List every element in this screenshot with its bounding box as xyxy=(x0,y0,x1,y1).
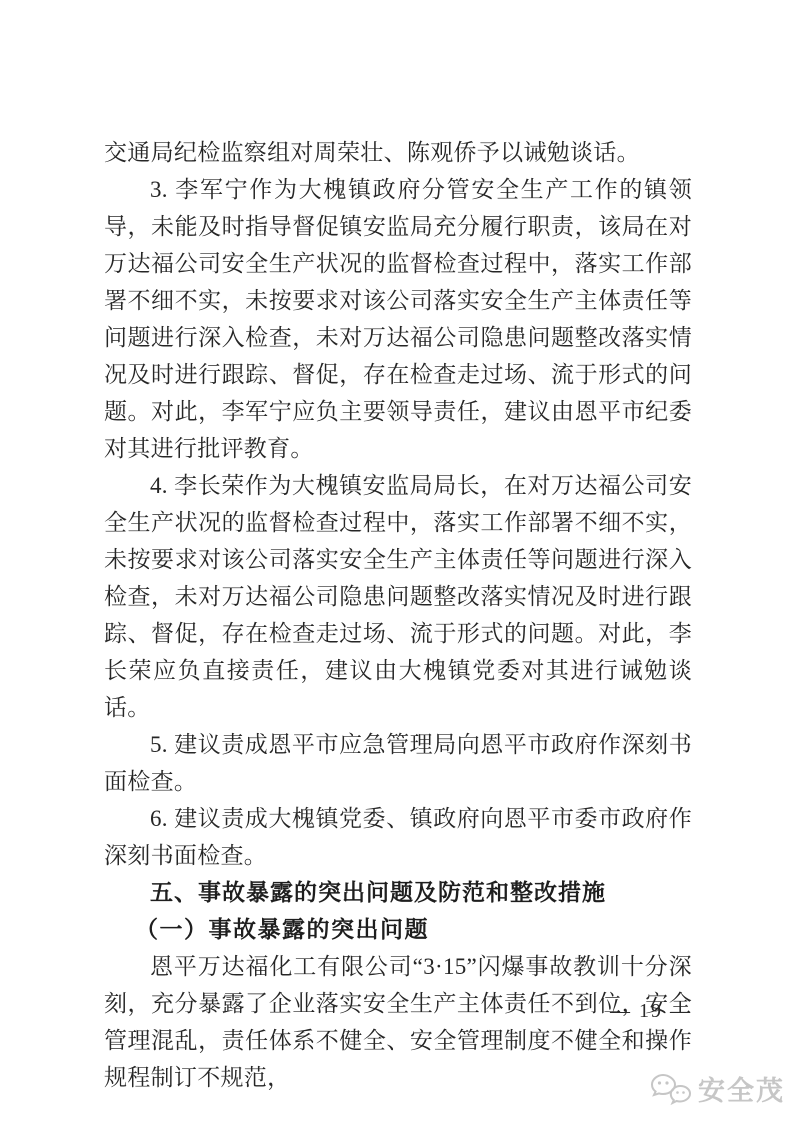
document-body: 交通局纪检监察组对周荣壮、陈观侨予以诫勉谈话。 3. 李军宁作为大槐镇政府分管安… xyxy=(104,134,692,1096)
document-page: 交通局纪检监察组对周荣壮、陈观侨予以诫勉谈话。 3. 李军宁作为大槐镇政府分管安… xyxy=(0,0,793,1122)
watermark: 安全茂 xyxy=(649,1069,785,1108)
subsection-heading: （一）事故暴露的突出问题 xyxy=(104,911,692,948)
paragraph-item-3: 3. 李军宁作为大槐镇政府分管安全生产工作的镇领导，未能及时指导督促镇安监局充分… xyxy=(104,171,692,467)
wechat-logo-icon xyxy=(649,1072,693,1106)
paragraph-item-5: 5. 建议责成恩平市应急管理局向恩平市政府作深刻书面检查。 xyxy=(104,726,692,800)
page-number: — 19 — xyxy=(104,1000,692,1023)
section-heading: 五、事故暴露的突出问题及防范和整改措施 xyxy=(104,874,692,911)
paragraph-continuation: 交通局纪检监察组对周荣壮、陈观侨予以诫勉谈话。 xyxy=(104,134,692,171)
watermark-label: 安全茂 xyxy=(698,1069,785,1108)
paragraph-item-4: 4. 李长荣作为大槐镇安监局局长，在对万达福公司安全生产状况的监督检查过程中，落… xyxy=(104,467,692,726)
paragraph-item-6: 6. 建议责成大槐镇党委、镇政府向恩平市委市政府作深刻书面检查。 xyxy=(104,800,692,874)
